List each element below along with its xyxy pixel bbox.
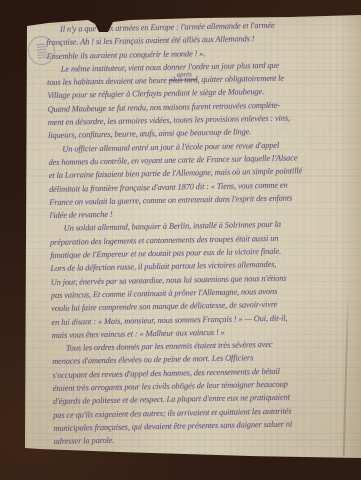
stamp-text-lines	[36, 43, 46, 58]
manuscript-paper: Il n'y a que deux armées en Europe : l'a…	[0, 0, 361, 480]
manuscript-text: Il n'y a que deux armées en Europe : l'a…	[46, 17, 361, 448]
document-photo: Il n'y a que deux armées en Europe : l'a…	[0, 0, 361, 480]
inserted-word: après	[177, 69, 192, 83]
